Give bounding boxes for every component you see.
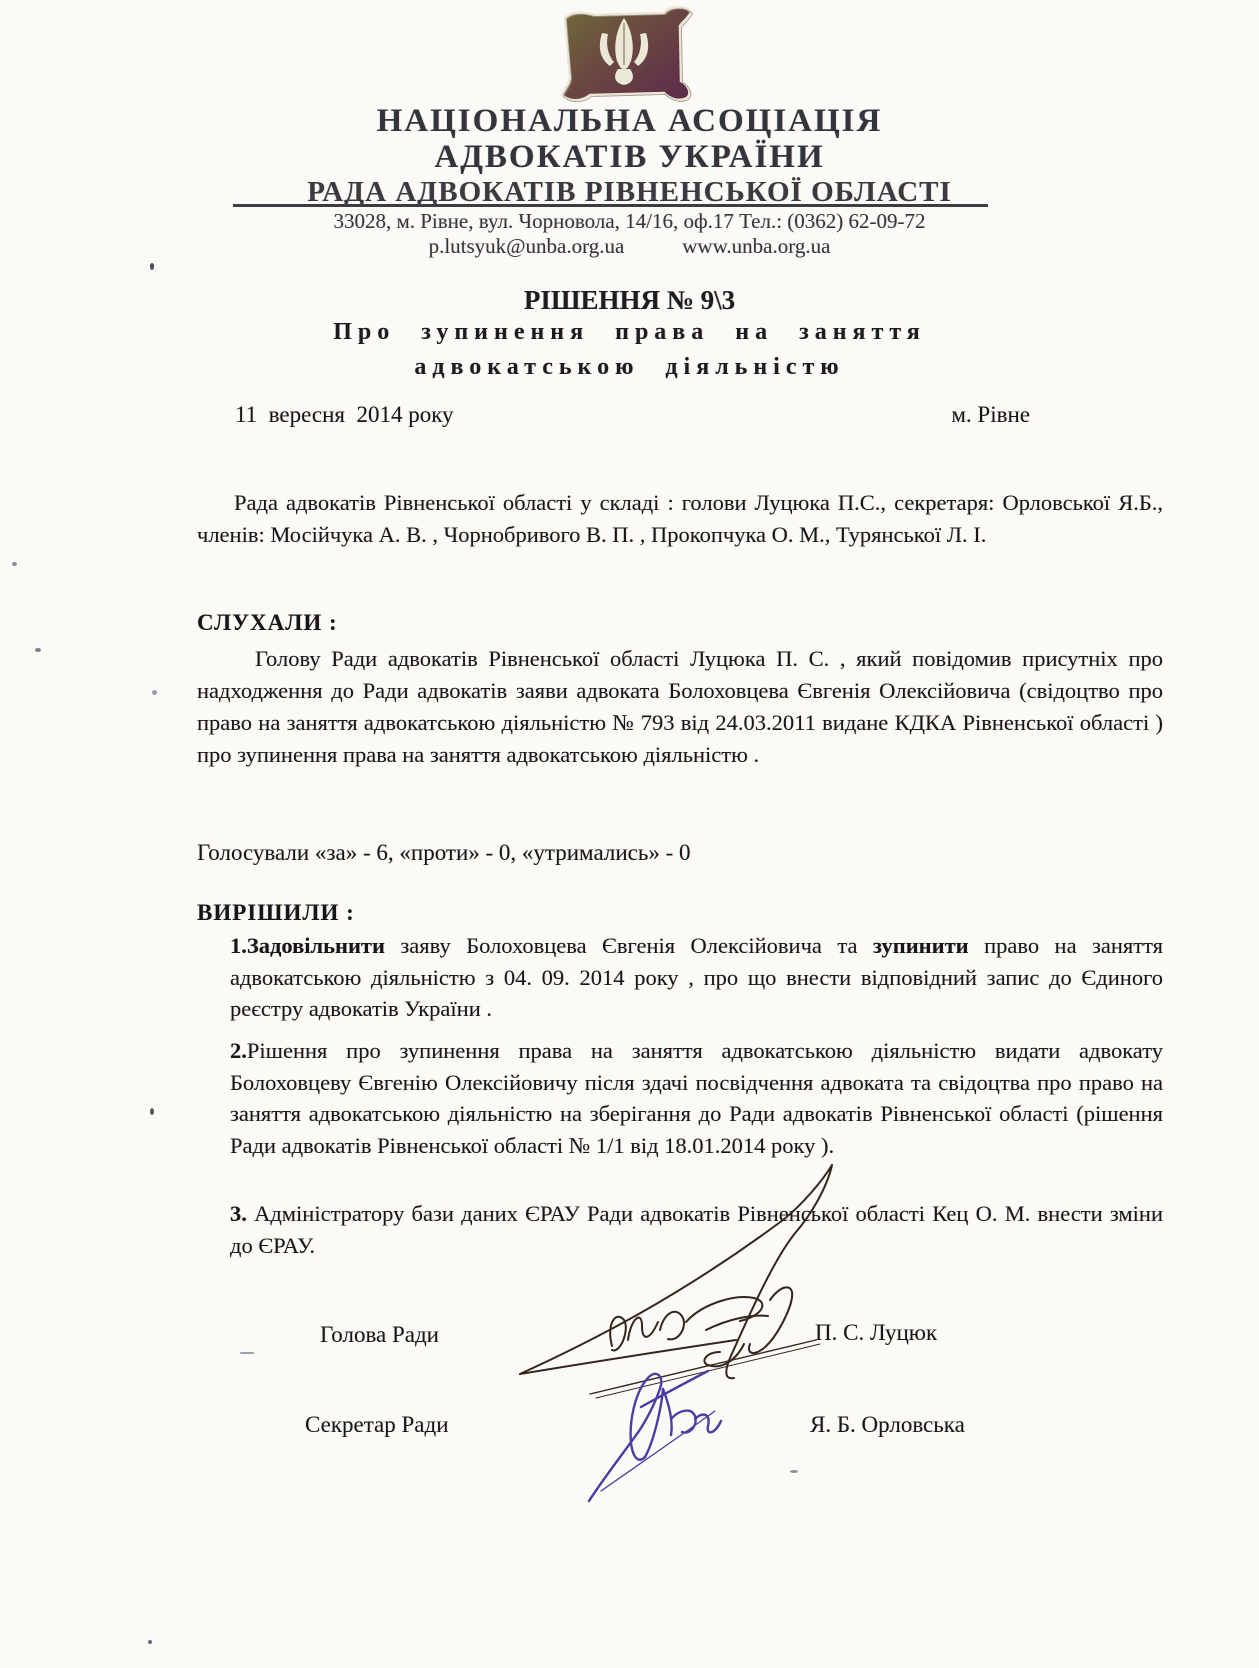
org-header: НАЦІОНАЛЬНА АСОЦІАЦІЯ АДВОКАТІВ УКРАЇНИ … [0,103,1259,208]
email-text: p.lutsyuk@unba.org.ua [429,234,625,258]
org-name-line1: НАЦІОНАЛЬНА АСОЦІАЦІЯ [0,103,1259,139]
council-composition-paragraph: Рада адвокатів Рівненської області у скл… [197,487,1163,551]
decision-subject-line1: Про зупинення права на заняття [0,315,1259,350]
item1-text-a: заяву Болоховцева Євгенія Олексійовича т… [385,933,873,958]
item2-lead: 2. [230,1038,247,1063]
website-text: www.unba.org.ua [682,234,830,258]
scanned-decision-document: НАЦІОНАЛЬНА АСОЦІАЦІЯ АДВОКАТІВ УКРАЇНИ … [0,0,1259,1668]
item1-bold-suspend: зупинити [873,933,969,958]
scan-artifact [12,562,17,566]
heard-section-label: СЛУХАЛИ : [197,610,338,636]
scan-artifact [150,263,154,270]
decision-title-block: РІШЕННЯ № 9\3 Про зупинення права на зан… [0,285,1259,385]
secretary-signature-ink [543,1293,738,1513]
signature-role-secretary: Секретар Ради [305,1412,449,1438]
scan-artifact [35,648,41,652]
signature-name-secretary: Я. Б. Орловська [810,1412,965,1438]
decision-number: РІШЕННЯ № 9\3 [0,285,1259,315]
voting-result-line: Голосували «за» - 6, «проти» - 0, «утрим… [197,840,691,866]
heard-paragraph: Голову Ради адвокатів Рівненської област… [197,643,1163,771]
resolution-item-2: 2.Рішення про зупинення права на заняття… [230,1035,1163,1161]
resolved-section-label: ВИРІШИЛИ : [197,900,355,926]
contact-block: 33028, м. Рівне, вул. Чорновола, 14/16, … [0,209,1259,258]
scan-artifact [240,1352,254,1354]
signature-role-head: Голова Ради [320,1322,439,1348]
scroll-trident-icon [548,5,700,103]
item2-text: Рішення про зупинення права на заняття а… [230,1038,1163,1158]
decision-date: 11 вересня 2014 року [197,402,454,428]
decision-city: м. Рівне [951,402,1163,428]
address-line: 33028, м. Рівне, вул. Чорновола, 14/16, … [0,209,1259,233]
contact-links: p.lutsyuk@unba.org.uawww.unba.org.ua [0,234,1259,258]
scan-artifact [148,1640,152,1644]
org-name-line2: АДВОКАТІВ УКРАЇНИ [0,139,1259,175]
item3-lead: 3. [230,1201,247,1226]
scan-artifact [150,1108,154,1115]
decision-subject-line2: адвокатською діяльністю [0,350,1259,385]
unba-logo [548,5,700,103]
scan-artifact [790,1470,798,1473]
item1-lead: 1.Задовільнити [230,933,385,958]
scan-artifact [152,690,157,695]
header-divider [233,204,988,207]
resolution-item-1: 1.Задовільнити заяву Болоховцева Євгенія… [230,930,1163,1025]
date-city-row: 11 вересня 2014 року м. Рівне [197,402,1163,428]
